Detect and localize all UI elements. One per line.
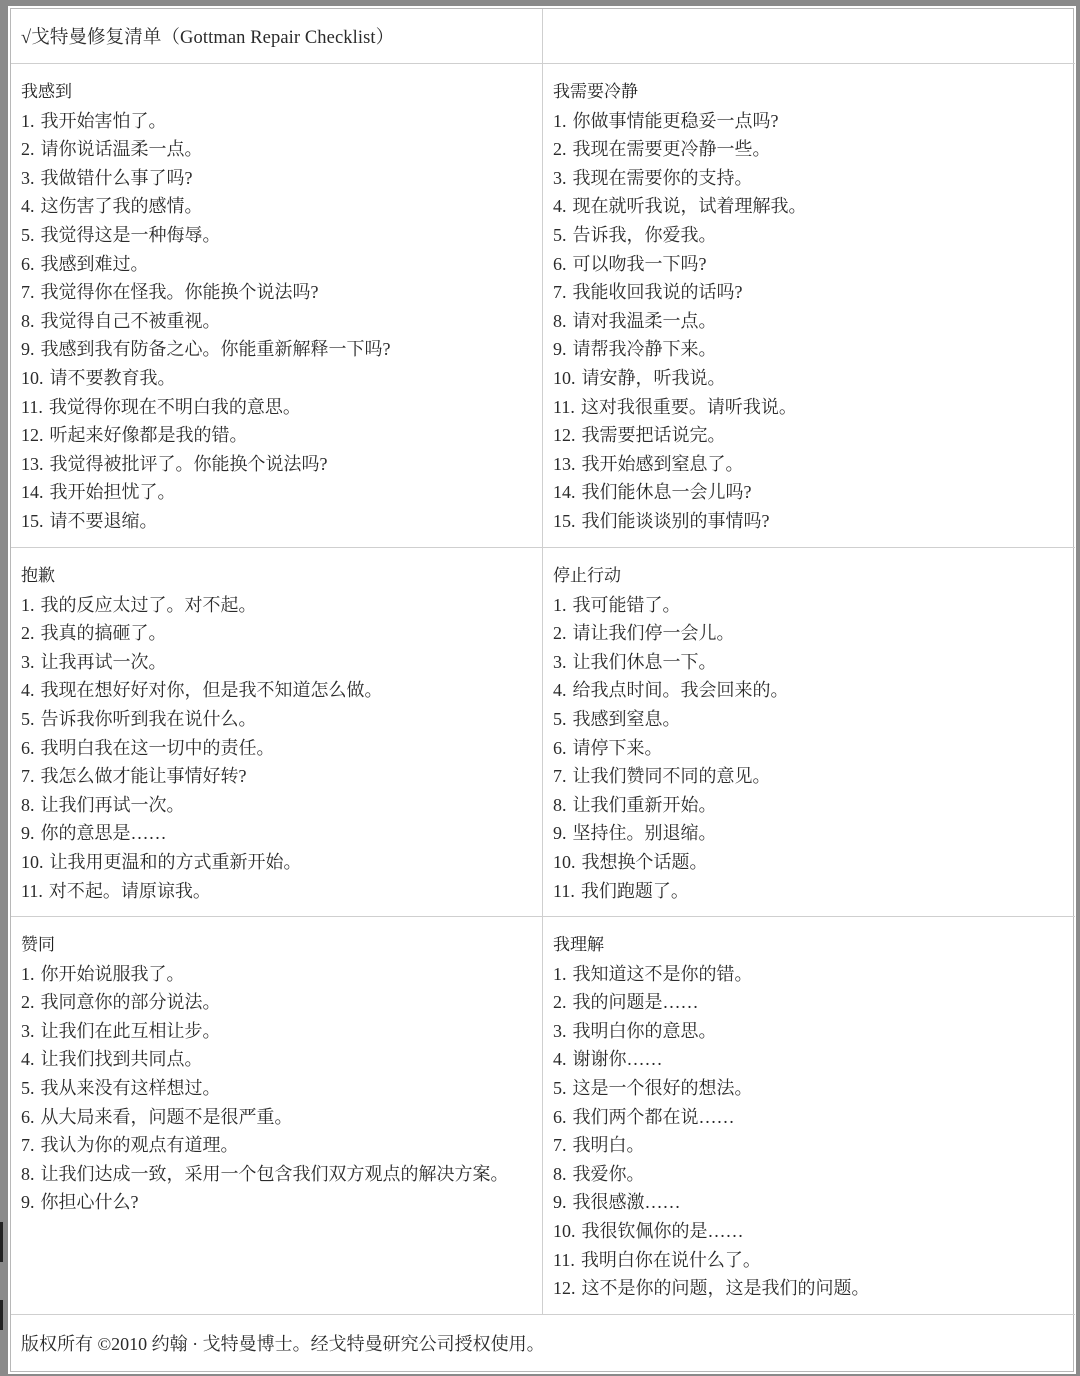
item-text: 我知道这不是你的错。 [573, 964, 753, 984]
phrase-item: 4.我现在想好好对你，但是我不知道怎么做。 [21, 676, 532, 705]
phrase-item: 2.我真的搞砸了。 [21, 619, 532, 648]
item-text: 让我们再试一次。 [41, 795, 185, 815]
item-text: 我明白我在这一切中的责任。 [41, 738, 275, 758]
item-text: 我觉得被批评了。你能换个说法吗? [50, 454, 328, 474]
item-text: 坚持住。别退缩。 [573, 823, 717, 843]
phrase-list: 1.你开始说服我了。2.我同意你的部分说法。3.让我们在此互相让步。4.让我们找… [21, 960, 532, 1217]
phrase-list: 1.我的反应太过了。对不起。2.我真的搞砸了。3.让我再试一次。4.我现在想好好… [21, 591, 532, 906]
item-number: 8. [553, 1160, 567, 1189]
section-heading: 停止行动 [553, 562, 1065, 591]
item-number: 9. [21, 819, 35, 848]
item-number: 9. [553, 335, 567, 364]
item-number: 2. [21, 988, 35, 1017]
phrase-item: 8.让我们重新开始。 [553, 791, 1065, 820]
item-text: 我很感激…… [573, 1192, 681, 1212]
phrase-item: 6.我感到难过。 [21, 250, 532, 279]
phrase-item: 11.对不起。请原谅我。 [21, 877, 532, 906]
item-text: 让我们赞同不同的意见。 [573, 766, 771, 786]
item-number: 6. [553, 250, 567, 279]
section-block: 我感到1.我开始害怕了。2.请你说话温柔一点。3.我做错什么事了吗?4.这伤害了… [21, 64, 532, 536]
item-number: 8. [553, 307, 567, 336]
item-text: 告诉我，你爱我。 [573, 225, 717, 245]
item-number: 8. [21, 791, 35, 820]
item-text: 你的意思是…… [41, 823, 167, 843]
item-number: 5. [553, 1074, 567, 1103]
item-number: 3. [21, 648, 35, 677]
phrase-item: 6.可以吻我一下吗? [553, 250, 1065, 279]
phrase-item: 6.从大局来看，问题不是很严重。 [21, 1103, 532, 1132]
section-heading: 我需要冷静 [553, 78, 1065, 107]
item-text: 我可能错了。 [573, 595, 681, 615]
item-number: 13. [21, 450, 44, 479]
item-number: 4. [21, 676, 35, 705]
item-text: 你担心什么? [41, 1192, 139, 1212]
phrase-item: 1.你做事情能更稳妥一点吗? [553, 107, 1065, 136]
item-text: 让我们休息一下。 [573, 652, 717, 672]
phrase-item: 6.我们两个都在说…… [553, 1103, 1065, 1132]
section-agree: 赞同1.你开始说服我了。2.我同意你的部分说法。3.让我们在此互相让步。4.让我… [11, 917, 543, 1315]
item-text: 让我们在此互相让步。 [41, 1021, 221, 1041]
phrase-list: 1.你做事情能更稳妥一点吗?2.我现在需要更冷静一些。3.我现在需要你的支持。4… [553, 107, 1065, 536]
item-text: 我爱你。 [573, 1164, 645, 1184]
phrase-item: 3.我明白你的意思。 [553, 1017, 1065, 1046]
item-text: 我现在需要更冷静一些。 [573, 139, 771, 159]
phrase-list: 1.我知道这不是你的错。2.我的问题是……3.我明白你的意思。4.谢谢你……5.… [553, 960, 1065, 1303]
item-text: 请让我们停一会儿。 [573, 623, 735, 643]
phrase-item: 3.让我们休息一下。 [553, 648, 1065, 677]
scan-edge-mark [0, 1300, 3, 1330]
item-text: 我觉得自己不被重视。 [41, 311, 221, 331]
item-text: 请停下来。 [573, 738, 663, 758]
phrase-item: 3.让我们在此互相让步。 [21, 1017, 532, 1046]
item-text: 我觉得你在怪我。你能换个说法吗? [41, 282, 319, 302]
section-block: 我理解1.我知道这不是你的错。2.我的问题是……3.我明白你的意思。4.谢谢你…… [553, 917, 1065, 1303]
item-number: 4. [21, 192, 35, 221]
section-sorry: 抱歉1.我的反应太过了。对不起。2.我真的搞砸了。3.让我再试一次。4.我现在想… [11, 548, 543, 917]
item-number: 7. [553, 762, 567, 791]
item-text: 我做错什么事了吗? [41, 168, 193, 188]
phrase-list: 1.我可能错了。2.请让我们停一会儿。3.让我们休息一下。4.给我点时间。我会回… [553, 591, 1065, 906]
item-text: 我们能休息一会儿吗? [582, 482, 752, 502]
item-number: 11. [553, 393, 575, 422]
phrase-item: 7.让我们赞同不同的意见。 [553, 762, 1065, 791]
phrase-item: 10.请不要教育我。 [21, 364, 532, 393]
section-heading: 我感到 [21, 78, 532, 107]
phrase-item: 9.坚持住。别退缩。 [553, 819, 1065, 848]
item-number: 9. [21, 1188, 35, 1217]
item-number: 3. [553, 648, 567, 677]
phrase-item: 10.我很钦佩你的是…… [553, 1217, 1065, 1246]
item-text: 请安静，听我说。 [582, 368, 726, 388]
item-text: 我现在需要你的支持。 [573, 168, 753, 188]
item-text: 我感到窒息。 [573, 709, 681, 729]
phrase-item: 1.我可能错了。 [553, 591, 1065, 620]
section-block: 赞同1.你开始说服我了。2.我同意你的部分说法。3.让我们在此互相让步。4.让我… [21, 917, 532, 1217]
item-text: 我能收回我说的话吗? [573, 282, 743, 302]
item-number: 5. [21, 1074, 35, 1103]
phrase-item: 9.你担心什么? [21, 1188, 532, 1217]
item-number: 6. [21, 250, 35, 279]
phrase-item: 1.我的反应太过了。对不起。 [21, 591, 532, 620]
item-text: 我的反应太过了。对不起。 [41, 595, 257, 615]
item-number: 8. [21, 307, 35, 336]
item-number: 10. [553, 364, 576, 393]
phrase-item: 1.我开始害怕了。 [21, 107, 532, 136]
item-text: 我从来没有这样想过。 [41, 1078, 221, 1098]
phrase-item: 15.请不要退缩。 [21, 507, 532, 536]
item-text: 让我用更温和的方式重新开始。 [50, 852, 302, 872]
item-text: 可以吻我一下吗? [573, 254, 707, 274]
item-text: 请不要退缩。 [50, 511, 158, 531]
phrase-item: 7.我认为你的观点有道理。 [21, 1131, 532, 1160]
phrase-item: 8.我爱你。 [553, 1160, 1065, 1189]
phrase-item: 3.让我再试一次。 [21, 648, 532, 677]
item-number: 8. [553, 791, 567, 820]
item-number: 12. [21, 421, 44, 450]
item-number: 6. [553, 734, 567, 763]
phrase-item: 14.我们能休息一会儿吗? [553, 478, 1065, 507]
item-text: 我们能谈谈别的事情吗? [582, 511, 770, 531]
item-text: 我很钦佩你的是…… [582, 1221, 744, 1241]
item-text: 这不是你的问题，这是我们的问题。 [582, 1278, 870, 1298]
phrase-item: 15.我们能谈谈别的事情吗? [553, 507, 1065, 536]
item-number: 1. [553, 591, 567, 620]
phrase-item: 9.我很感激…… [553, 1188, 1065, 1217]
item-number: 11. [21, 393, 43, 422]
item-text: 我感到我有防备之心。你能重新解释一下吗? [41, 339, 391, 359]
item-text: 我怎么做才能让事情好转? [41, 766, 247, 786]
item-text: 让我再试一次。 [41, 652, 167, 672]
item-text: 我们两个都在说…… [573, 1107, 735, 1127]
item-number: 11. [553, 1246, 575, 1275]
item-text: 给我点时间。我会回来的。 [573, 680, 789, 700]
item-number: 5. [21, 705, 35, 734]
item-text: 现在就听我说，试着理解我。 [573, 196, 807, 216]
item-text: 从大局来看，问题不是很严重。 [41, 1107, 293, 1127]
phrase-item: 5.告诉我，你爱我。 [553, 221, 1065, 250]
item-number: 1. [553, 960, 567, 989]
phrase-item: 4.给我点时间。我会回来的。 [553, 676, 1065, 705]
phrase-item: 9.你的意思是…… [21, 819, 532, 848]
item-text: 我真的搞砸了。 [41, 623, 167, 643]
phrase-item: 3.我做错什么事了吗? [21, 164, 532, 193]
item-number: 14. [553, 478, 576, 507]
item-text: 我同意你的部分说法。 [41, 992, 221, 1012]
item-number: 8. [21, 1160, 35, 1189]
phrase-item: 5.我感到窒息。 [553, 705, 1065, 734]
phrase-item: 1.你开始说服我了。 [21, 960, 532, 989]
section-stop-action: 停止行动1.我可能错了。2.请让我们停一会儿。3.让我们休息一下。4.给我点时间… [543, 548, 1075, 917]
item-number: 7. [21, 1131, 35, 1160]
item-number: 2. [553, 619, 567, 648]
item-number: 6. [21, 1103, 35, 1132]
item-number: 5. [553, 221, 567, 250]
item-text: 我认为你的观点有道理。 [41, 1135, 239, 1155]
document-page: √戈特曼修复清单（Gottman Repair Checklist） 我感到1.… [8, 6, 1076, 1374]
phrase-item: 4.让我们找到共同点。 [21, 1045, 532, 1074]
item-text: 这伤害了我的感情。 [41, 196, 203, 216]
item-number: 10. [21, 848, 44, 877]
item-number: 1. [21, 591, 35, 620]
item-text: 我开始担忧了。 [50, 482, 176, 502]
phrase-item: 5.告诉我你听到我在说什么。 [21, 705, 532, 734]
item-number: 12. [553, 421, 576, 450]
item-text: 我现在想好好对你，但是我不知道怎么做。 [41, 680, 383, 700]
item-number: 7. [21, 278, 35, 307]
item-number: 12. [553, 1274, 576, 1303]
phrase-item: 5.我觉得这是一种侮辱。 [21, 221, 532, 250]
item-text: 让我们达成一致，采用一个包含我们双方观点的解决方案。 [41, 1164, 509, 1184]
item-number: 5. [553, 705, 567, 734]
phrase-item: 8.让我们再试一次。 [21, 791, 532, 820]
item-number: 1. [21, 107, 35, 136]
phrase-item: 9.请帮我冷静下来。 [553, 335, 1065, 364]
item-number: 10. [21, 364, 44, 393]
item-number: 4. [553, 1045, 567, 1074]
section-block: 停止行动1.我可能错了。2.请让我们停一会儿。3.让我们休息一下。4.给我点时间… [553, 548, 1065, 905]
item-number: 9. [553, 819, 567, 848]
item-text: 我明白你的意思。 [573, 1021, 717, 1041]
item-text: 我们跑题了。 [581, 881, 689, 901]
item-number: 9. [21, 335, 35, 364]
section-i-feel: 我感到1.我开始害怕了。2.请你说话温柔一点。3.我做错什么事了吗?4.这伤害了… [11, 64, 543, 548]
phrase-item: 10.我想换个话题。 [553, 848, 1065, 877]
item-number: 2. [21, 619, 35, 648]
item-text: 我明白你在说什么了。 [581, 1250, 761, 1270]
item-number: 6. [21, 734, 35, 763]
item-text: 你做事情能更稳妥一点吗? [573, 111, 779, 131]
item-text: 你开始说服我了。 [41, 964, 185, 984]
item-number: 2. [21, 135, 35, 164]
section-heading: 赞同 [21, 931, 532, 960]
phrase-item: 13.我觉得被批评了。你能换个说法吗? [21, 450, 532, 479]
item-number: 3. [553, 1017, 567, 1046]
phrase-item: 7.我怎么做才能让事情好转? [21, 762, 532, 791]
item-number: 7. [553, 1131, 567, 1160]
item-text: 告诉我你听到我在说什么。 [41, 709, 257, 729]
phrase-item: 2.请你说话温柔一点。 [21, 135, 532, 164]
item-number: 10. [553, 1217, 576, 1246]
item-text: 我开始害怕了。 [41, 111, 167, 131]
item-text: 谢谢你…… [573, 1049, 663, 1069]
item-number: 15. [553, 507, 576, 536]
item-text: 这是一个很好的想法。 [573, 1078, 753, 1098]
checklist-title: √戈特曼修复清单（Gottman Repair Checklist） [11, 9, 543, 64]
phrase-item: 2.我的问题是…… [553, 988, 1065, 1017]
item-number: 1. [553, 107, 567, 136]
phrase-item: 3.我现在需要你的支持。 [553, 164, 1065, 193]
phrase-item: 13.我开始感到窒息了。 [553, 450, 1065, 479]
item-number: 4. [553, 192, 567, 221]
phrase-item: 12.这不是你的问题，这是我们的问题。 [553, 1274, 1065, 1303]
phrase-item: 8.请对我温柔一点。 [553, 307, 1065, 336]
phrase-item: 1.我知道这不是你的错。 [553, 960, 1065, 989]
item-number: 5. [21, 221, 35, 250]
phrase-item: 2.我现在需要更冷静一些。 [553, 135, 1065, 164]
copyright-footer: 版权所有 ©2010 约翰 · 戈特曼博士。经戈特曼研究公司授权使用。 [11, 1315, 1075, 1371]
phrase-item: 11.我明白你在说什么了。 [553, 1246, 1065, 1275]
item-text: 我想换个话题。 [582, 852, 708, 872]
section-heading: 我理解 [553, 931, 1065, 960]
section-i-need-calm: 我需要冷静1.你做事情能更稳妥一点吗?2.我现在需要更冷静一些。3.我现在需要你… [543, 64, 1075, 548]
phrase-item: 5.我从来没有这样想过。 [21, 1074, 532, 1103]
section-block: 我需要冷静1.你做事情能更稳妥一点吗?2.我现在需要更冷静一些。3.我现在需要你… [553, 64, 1065, 536]
item-text: 请不要教育我。 [50, 368, 176, 388]
phrase-item: 11.我觉得你现在不明白我的意思。 [21, 393, 532, 422]
item-number: 4. [21, 1045, 35, 1074]
item-text: 我觉得这是一种侮辱。 [41, 225, 221, 245]
phrase-item: 6.请停下来。 [553, 734, 1065, 763]
item-text: 让我们找到共同点。 [41, 1049, 203, 1069]
phrase-item: 9.我感到我有防备之心。你能重新解释一下吗? [21, 335, 532, 364]
item-number: 9. [553, 1188, 567, 1217]
item-number: 13. [553, 450, 576, 479]
phrase-item: 7.我觉得你在怪我。你能换个说法吗? [21, 278, 532, 307]
phrase-item: 7.我明白。 [553, 1131, 1065, 1160]
phrase-item: 4.谢谢你…… [553, 1045, 1065, 1074]
item-text: 听起来好像都是我的错。 [50, 425, 248, 445]
phrase-item: 12.我需要把话说完。 [553, 421, 1065, 450]
item-number: 14. [21, 478, 44, 507]
item-number: 3. [21, 1017, 35, 1046]
title-empty-cell [543, 9, 1075, 64]
phrase-item: 10.让我用更温和的方式重新开始。 [21, 848, 532, 877]
item-text: 让我们重新开始。 [573, 795, 717, 815]
item-number: 2. [553, 988, 567, 1017]
item-text: 请你说话温柔一点。 [41, 139, 203, 159]
item-text: 我感到难过。 [41, 254, 149, 274]
item-number: 4. [553, 676, 567, 705]
item-number: 7. [21, 762, 35, 791]
item-text: 请帮我冷静下来。 [573, 339, 717, 359]
item-text: 我觉得你现在不明白我的意思。 [49, 397, 301, 417]
phrase-list: 1.我开始害怕了。2.请你说话温柔一点。3.我做错什么事了吗?4.这伤害了我的感… [21, 107, 532, 536]
section-block: 抱歉1.我的反应太过了。对不起。2.我真的搞砸了。3.让我再试一次。4.我现在想… [21, 548, 532, 905]
item-text: 这对我很重要。请听我说。 [581, 397, 797, 417]
phrase-item: 10.请安静，听我说。 [553, 364, 1065, 393]
phrase-item: 5.这是一个很好的想法。 [553, 1074, 1065, 1103]
item-number: 15. [21, 507, 44, 536]
item-text: 请对我温柔一点。 [573, 311, 717, 331]
item-number: 11. [553, 877, 575, 906]
item-number: 3. [21, 164, 35, 193]
item-number: 6. [553, 1103, 567, 1132]
phrase-item: 4.现在就听我说，试着理解我。 [553, 192, 1065, 221]
section-i-understand: 我理解1.我知道这不是你的错。2.我的问题是……3.我明白你的意思。4.谢谢你…… [543, 917, 1075, 1315]
item-text: 我明白。 [573, 1135, 645, 1155]
item-number: 2. [553, 135, 567, 164]
phrase-item: 7.我能收回我说的话吗? [553, 278, 1065, 307]
item-number: 1. [21, 960, 35, 989]
scan-edge-mark [0, 1222, 3, 1262]
item-number: 11. [21, 877, 43, 906]
phrase-item: 6.我明白我在这一切中的责任。 [21, 734, 532, 763]
phrase-item: 11.我们跑题了。 [553, 877, 1065, 906]
phrase-item: 12.听起来好像都是我的错。 [21, 421, 532, 450]
phrase-item: 2.我同意你的部分说法。 [21, 988, 532, 1017]
item-text: 我需要把话说完。 [582, 425, 726, 445]
item-number: 10. [553, 848, 576, 877]
item-text: 我的问题是…… [573, 992, 699, 1012]
item-number: 7. [553, 278, 567, 307]
repair-checklist-table: √戈特曼修复清单（Gottman Repair Checklist） 我感到1.… [10, 8, 1074, 1372]
phrase-item: 8.我觉得自己不被重视。 [21, 307, 532, 336]
phrase-item: 8.让我们达成一致，采用一个包含我们双方观点的解决方案。 [21, 1160, 532, 1189]
phrase-item: 2.请让我们停一会儿。 [553, 619, 1065, 648]
item-text: 我开始感到窒息了。 [582, 454, 744, 474]
phrase-item: 4.这伤害了我的感情。 [21, 192, 532, 221]
phrase-item: 14.我开始担忧了。 [21, 478, 532, 507]
section-heading: 抱歉 [21, 562, 532, 591]
item-text: 对不起。请原谅我。 [49, 881, 211, 901]
phrase-item: 11.这对我很重要。请听我说。 [553, 393, 1065, 422]
item-number: 3. [553, 164, 567, 193]
